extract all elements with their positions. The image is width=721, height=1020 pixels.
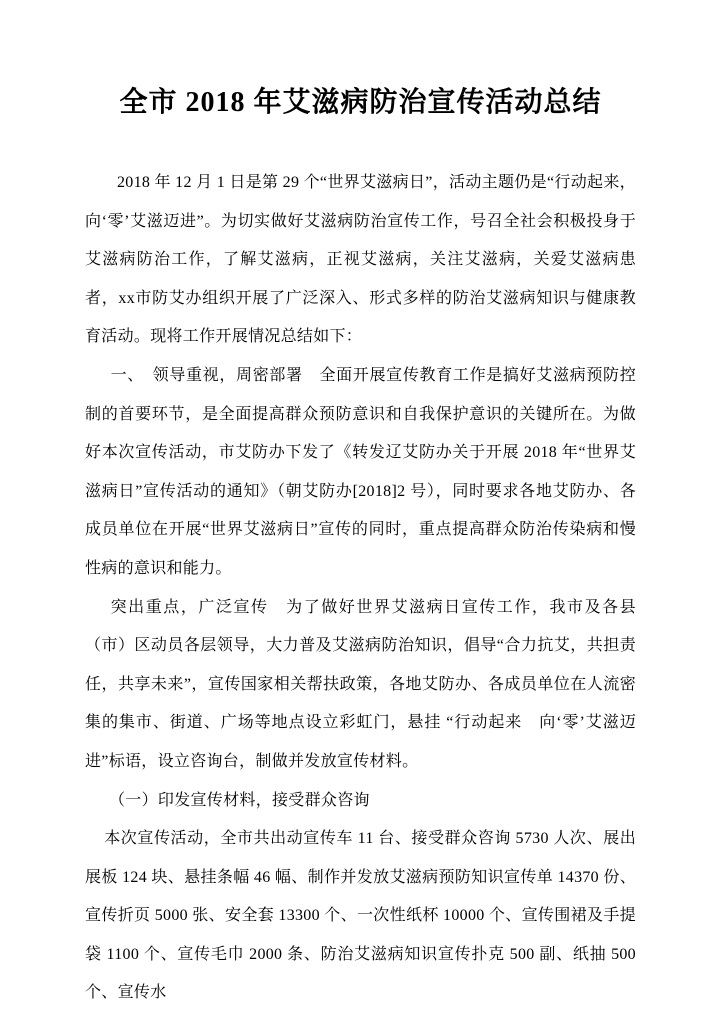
document-title: 全市 2018 年艾滋病防治宣传活动总结	[85, 86, 636, 120]
document-page: 全市 2018 年艾滋病防治宣传活动总结 2018 年 12 月 1 日是第 2…	[0, 0, 721, 1020]
paragraph-intro: 2018 年 12 月 1 日是第 29 个“世界艾滋病日”，活动主题仍是“行动…	[85, 164, 636, 357]
paragraph-section-leadership: 一、 领导重视，周密部署 全面开展宣传教育工作是搞好艾滋病预防控制的首要环节，是…	[85, 357, 636, 589]
paragraph-statistics: 本次宣传活动，全市共出动宣传车 11 台、接受群众咨询 5730 人次、展出展板…	[85, 820, 636, 1013]
document-body: 2018 年 12 月 1 日是第 29 个“世界艾滋病日”，活动主题仍是“行动…	[85, 164, 636, 1013]
paragraph-subsection-heading: （一）印发宣传材料，接受群众咨询	[85, 782, 636, 821]
paragraph-section-publicity: 突出重点，广泛宣传 为了做好世界艾滋病日宣传工作，我市及各县（市）区动员各层领导…	[85, 589, 636, 782]
